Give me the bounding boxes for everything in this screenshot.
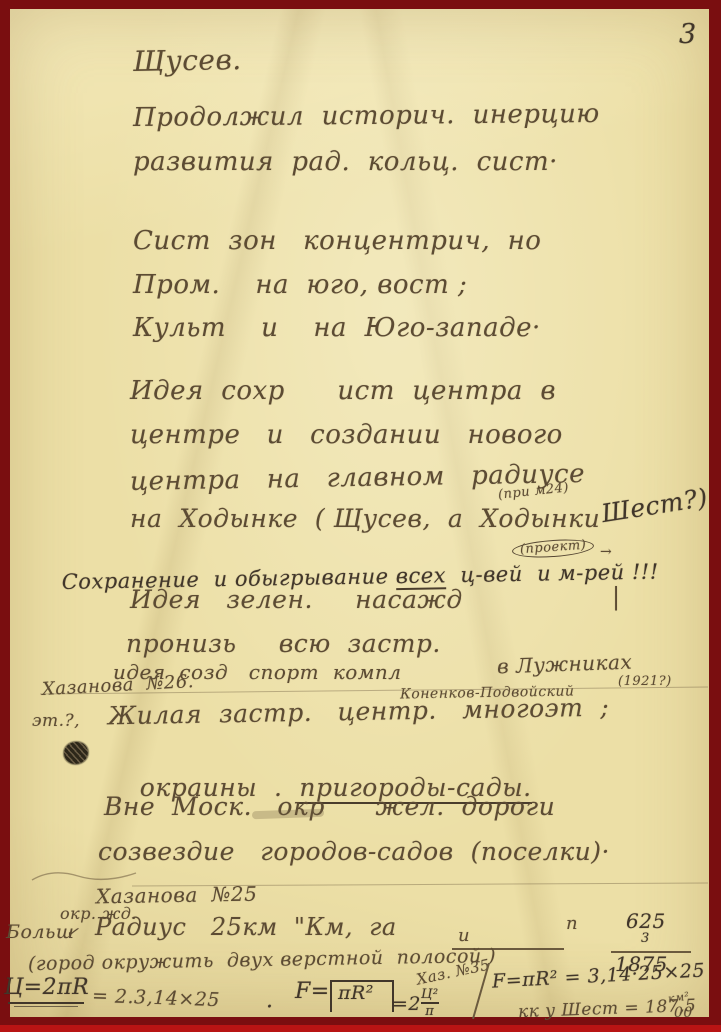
calc-radius-line: Радиус 25км "Км, га — [95, 914, 397, 940]
note-line: Продолжил историч. инерцию — [133, 100, 600, 133]
margin-note-et: эт.?, — [32, 712, 80, 731]
formula-area-F: F= — [295, 980, 330, 1004]
note-line-luzhniki: в Лужниках — [497, 651, 633, 678]
vertical-tick: | — [612, 584, 621, 610]
note-line: Идея сохр ист центра в — [130, 377, 556, 406]
note-line: развития рад. кольц. сист· — [133, 148, 558, 177]
title-shchusev: Щусев. — [133, 45, 242, 78]
note-line: на Ходынке ( Щусев, а Ходынки — [130, 505, 600, 533]
calc-p: п — [566, 914, 578, 934]
note-line: Пром. на юго, вост ; — [133, 271, 467, 300]
note-line: пронизь всю застр. — [126, 630, 441, 658]
underline — [14, 1006, 78, 1007]
formula-fraction: Ц² π — [421, 988, 439, 1018]
note-line: Вне Моск. окр жел. дороги — [104, 793, 555, 821]
fraction-multiplier: 3 — [641, 932, 650, 946]
formula-zeros: 00 — [674, 1006, 693, 1021]
note-line: созвездие городов-садов (поселки)· — [98, 838, 610, 866]
formula-circumference: Ц=2πR — [4, 976, 89, 1000]
check-mark: ✓ — [65, 923, 80, 941]
note-line: Культ и на Юго-западе· — [133, 314, 541, 343]
fraction-numerator: 625 — [626, 910, 666, 932]
formula-eq2: =2 — [392, 994, 421, 1015]
scanned-document: 3 Щусев. Продолжил историч. инерцию разв… — [0, 0, 721, 1032]
page-number: 3 — [679, 20, 697, 50]
preservation-part2: ц-вей и м-рей !!! — [446, 560, 659, 588]
underline — [8, 1002, 84, 1004]
calc-i: и — [458, 926, 470, 946]
formula-circumference-value: = 2.3,14×25 — [92, 986, 221, 1011]
note-line: Сист зон концентрич, но — [133, 227, 541, 256]
formula-piR2: πR² — [338, 983, 374, 1004]
note-line: центре и создании нового — [130, 421, 563, 450]
formula-fraction-bottom: π — [425, 1005, 434, 1018]
separator-dot: · — [266, 996, 274, 1020]
frame-bottom-strip — [0, 1025, 721, 1032]
note-line: Идея зелен. насажд — [130, 586, 463, 614]
formula-fraction-top: Ц² — [421, 988, 439, 1001]
